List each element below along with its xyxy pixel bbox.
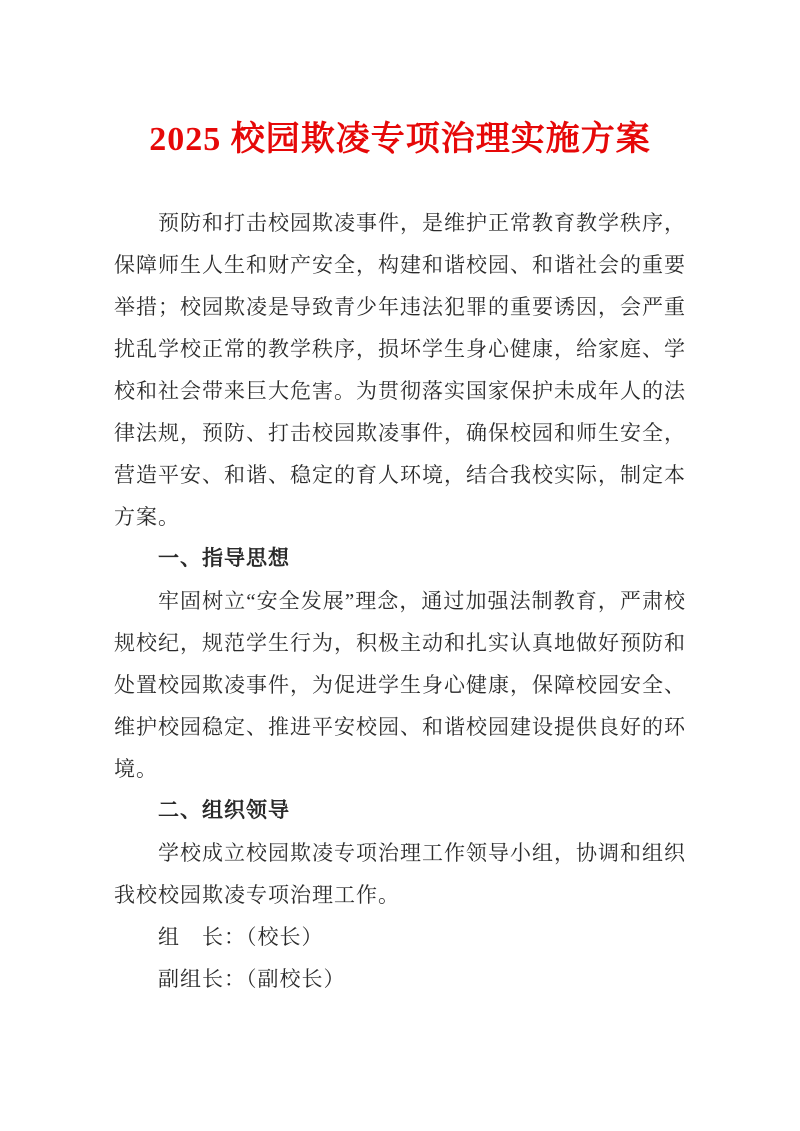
line-deputy-group-leader: 副组长：（副校长） — [114, 958, 686, 1000]
document-title: 2025 校园欺凌专项治理实施方案 — [114, 116, 686, 164]
paragraph-introduction: 预防和打击校园欺凌事件，是维护正常教育教学秩序，保障师生人生和财产安全，构建和谐… — [114, 202, 686, 538]
document-page: 2025 校园欺凌专项治理实施方案 预防和打击校园欺凌事件，是维护正常教育教学秩… — [0, 0, 800, 1131]
paragraph-organization-leadership: 学校成立校园欺凌专项治理工作领导小组，协调和组织我校校园欺凌专项治理工作。 — [114, 832, 686, 916]
paragraph-guiding-ideology: 牢固树立“安全发展”理念，通过加强法制教育，严肃校规校纪，规范学生行为，积极主动… — [114, 580, 686, 790]
line-group-leader: 组 长：（校长） — [114, 916, 686, 958]
heading-guiding-ideology: 一、指导思想 — [114, 538, 686, 580]
heading-organization-leadership: 二、组织领导 — [114, 790, 686, 832]
